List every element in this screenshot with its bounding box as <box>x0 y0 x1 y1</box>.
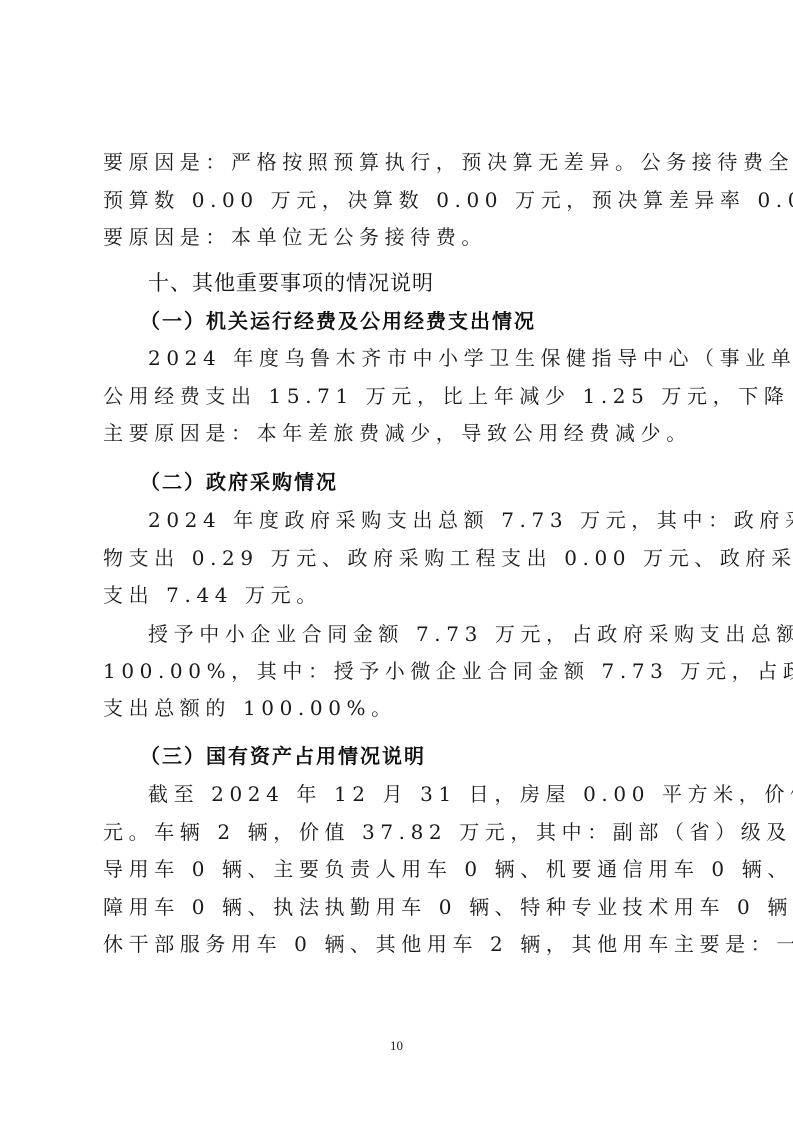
body-text-line: 2024 年度乌鲁木齐市中小学卫生保健指导中心（事业单位） <box>148 343 693 373</box>
subsection-heading: （三）国有资产占用情况说明 <box>140 741 426 771</box>
body-text-line: 要原因是：本单位无公务接待费。 <box>103 222 693 252</box>
body-text-line: 物支出 0.29 万元、政府采购工程支出 0.00 万元、政府采购服务 <box>103 543 693 573</box>
body-text-line: 主要原因是：本年差旅费减少，导致公用经费减少。 <box>103 418 693 448</box>
section-heading: 十、其他重要事项的情况说明 <box>148 268 434 298</box>
page-number: 10 <box>0 1038 793 1054</box>
body-text-line: 支出 7.44 万元。 <box>103 580 693 610</box>
body-text-line: 公用经费支出 15.71 万元，比上年减少 1.25 万元，下降 7.37%， <box>103 381 693 411</box>
body-text-line: 预算数 0.00 万元，决算数 0.00 万元，预决算差异率 0.00%，主 <box>103 185 693 215</box>
body-text-line: 休干部服务用车 0 辆、其他用车 2 辆，其他用车主要是：一般公 <box>103 929 693 959</box>
body-text-line: 要原因是：严格按照预算执行，预决算无差异。公务接待费全年 <box>103 147 693 177</box>
body-text-line: 100.00%，其中：授予小微企业合同金额 7.73 万元，占政府采购 <box>103 656 693 686</box>
body-text-line: 导用车 0 辆、主要负责人用车 0 辆、机要通信用车 0 辆、应急保 <box>103 854 693 884</box>
subsection-heading: （一）机关运行经费及公用经费支出情况 <box>140 306 536 336</box>
body-text-line: 支出总额的 100.00%。 <box>103 693 693 723</box>
subsection-heading: （二）政府采购情况 <box>140 467 338 497</box>
body-text-line: 2024 年度政府采购支出总额 7.73 万元，其中：政府采购货 <box>148 505 693 535</box>
body-text-line: 截至 2024 年 12 月 31 日，房屋 0.00 平方米，价值 0.00 … <box>148 779 693 809</box>
body-text-line: 授予中小企业合同金额 7.73 万元，占政府采购支出总额的 <box>148 619 693 649</box>
body-text-line: 元。车辆 2 辆，价值 37.82 万元，其中：副部（省）级及以上领 <box>103 817 693 847</box>
body-text-line: 障用车 0 辆、执法执勤用车 0 辆、特种专业技术用车 0 辆、离退 <box>103 892 693 922</box>
document-page: 要原因是：严格按照预算执行，预决算无差异。公务接待费全年 预算数 0.00 万元… <box>0 0 793 1122</box>
